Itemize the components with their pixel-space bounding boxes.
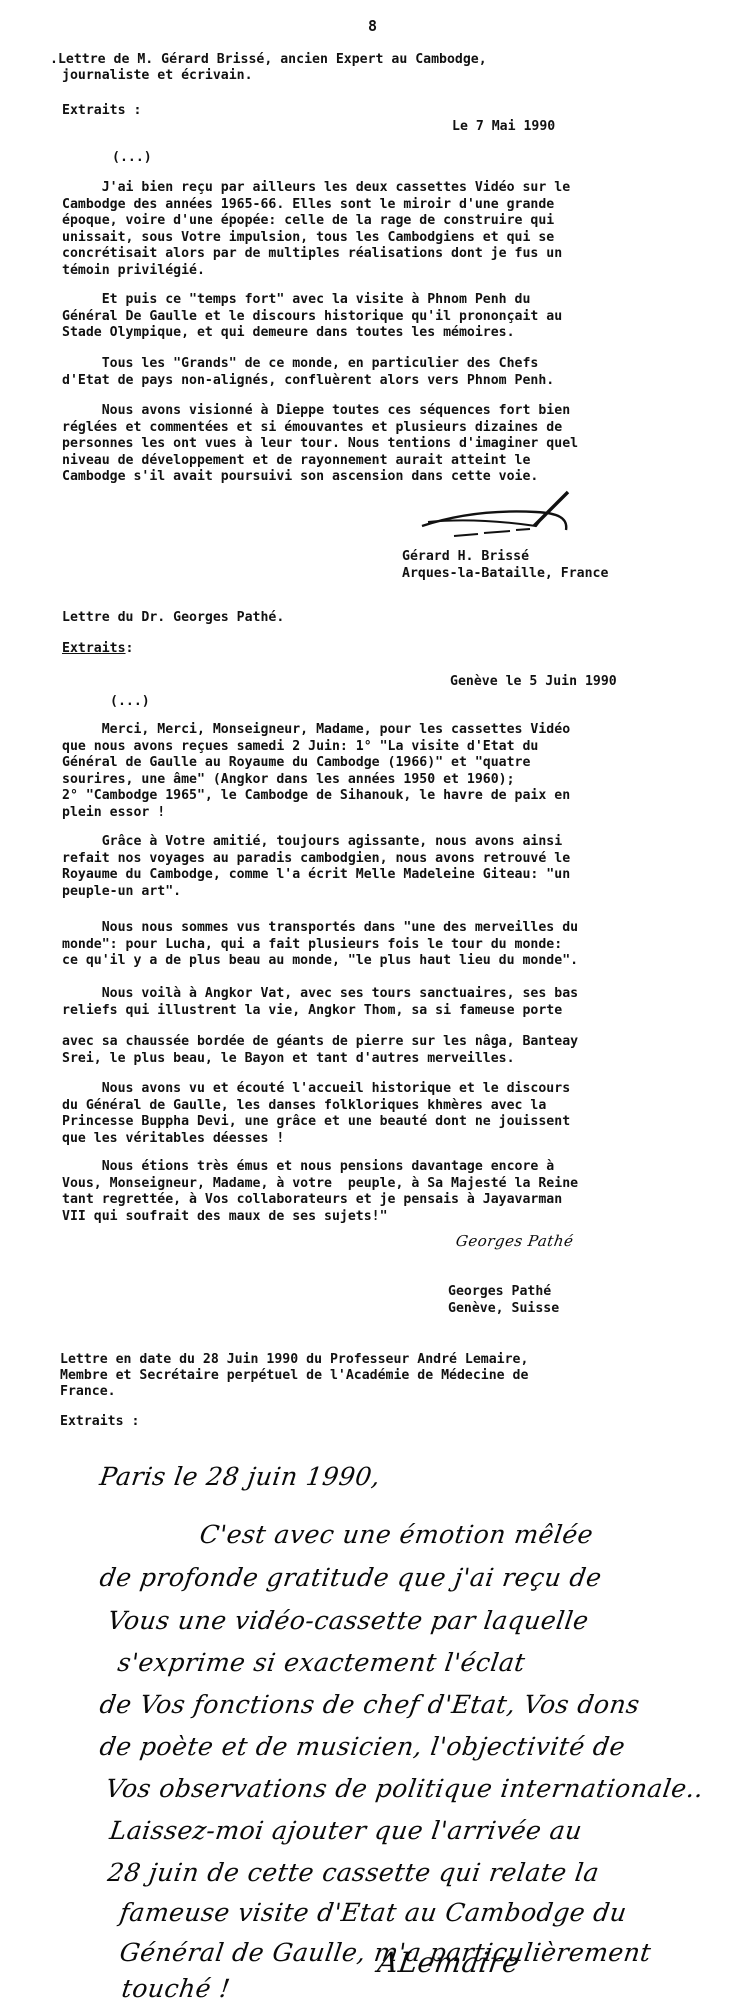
- letter1-paragraph: Tous les "Grands" de ce monde, en partic…: [62, 356, 702, 389]
- letter3-heading-line2: Membre et Secrétaire perpétuel de l'Acad…: [60, 1368, 528, 1385]
- letter2-date: Genève le 5 Juin 1990: [450, 674, 617, 691]
- letter1-signer-name: Gérard H. Brissé: [402, 549, 529, 566]
- letter1-extraits-label: Extraits :: [62, 103, 141, 120]
- letter3-extraits-label: Extraits :: [60, 1414, 139, 1431]
- letter1-paragraph: Nous avons visionné à Dieppe toutes ces …: [62, 403, 702, 486]
- brisse-signature-icon: [418, 488, 588, 544]
- letter2-signer-place: Genève, Suisse: [448, 1301, 559, 1318]
- letter2-paragraph: avec sa chaussée bordée de géants de pie…: [62, 1034, 702, 1067]
- letter1-date: Le 7 Mai 1990: [452, 119, 555, 136]
- letter1-ellipsis: (...): [112, 150, 152, 167]
- letter1-paragraph: J'ai bien reçu par ailleurs les deux cas…: [62, 180, 702, 280]
- letter2-paragraph: Nous avons vu et écouté l'accueil histor…: [62, 1081, 702, 1147]
- letter3-heading-line1: Lettre en date du 28 Juin 1990 du Profes…: [60, 1352, 528, 1369]
- letter2-signer-name: Georges Pathé: [448, 1284, 551, 1301]
- letter1-heading-line2: journaliste et écrivain.: [62, 68, 253, 85]
- letter1-heading-line1: .Lettre de M. Gérard Brissé, ancien Expe…: [50, 52, 487, 69]
- page-number: 8: [368, 18, 377, 35]
- letter2-paragraph: Grâce à Votre amitié, toujours agissante…: [62, 834, 702, 900]
- letter2-ellipsis: (...): [110, 694, 150, 711]
- letter2-extraits: Extraits:: [62, 641, 133, 658]
- letter2-paragraph: Nous étions très émus et nous pensions d…: [62, 1159, 702, 1225]
- letter2-paragraph: Nous voilà à Angkor Vat, avec ses tours …: [62, 986, 702, 1019]
- pathe-signature: Georges Pathé: [455, 1232, 575, 1250]
- letter3-heading-line3: France.: [60, 1384, 116, 1401]
- letter2-heading: Lettre du Dr. Georges Pathé.: [62, 610, 284, 627]
- letter2-paragraph: Nous nous sommes vus transportés dans "u…: [62, 920, 702, 970]
- letter1-paragraph: Et puis ce "temps fort" avec la visite à…: [62, 292, 702, 342]
- letter2-paragraph: Merci, Merci, Monseigneur, Madame, pour …: [62, 722, 702, 822]
- lemaire-signature: ALemaire: [376, 1946, 522, 1979]
- letter1-signer-place: Arques-la-Bataille, France: [402, 566, 608, 583]
- document-page: 8 .Lettre de M. Gérard Brissé, ancien Ex…: [0, 0, 750, 2008]
